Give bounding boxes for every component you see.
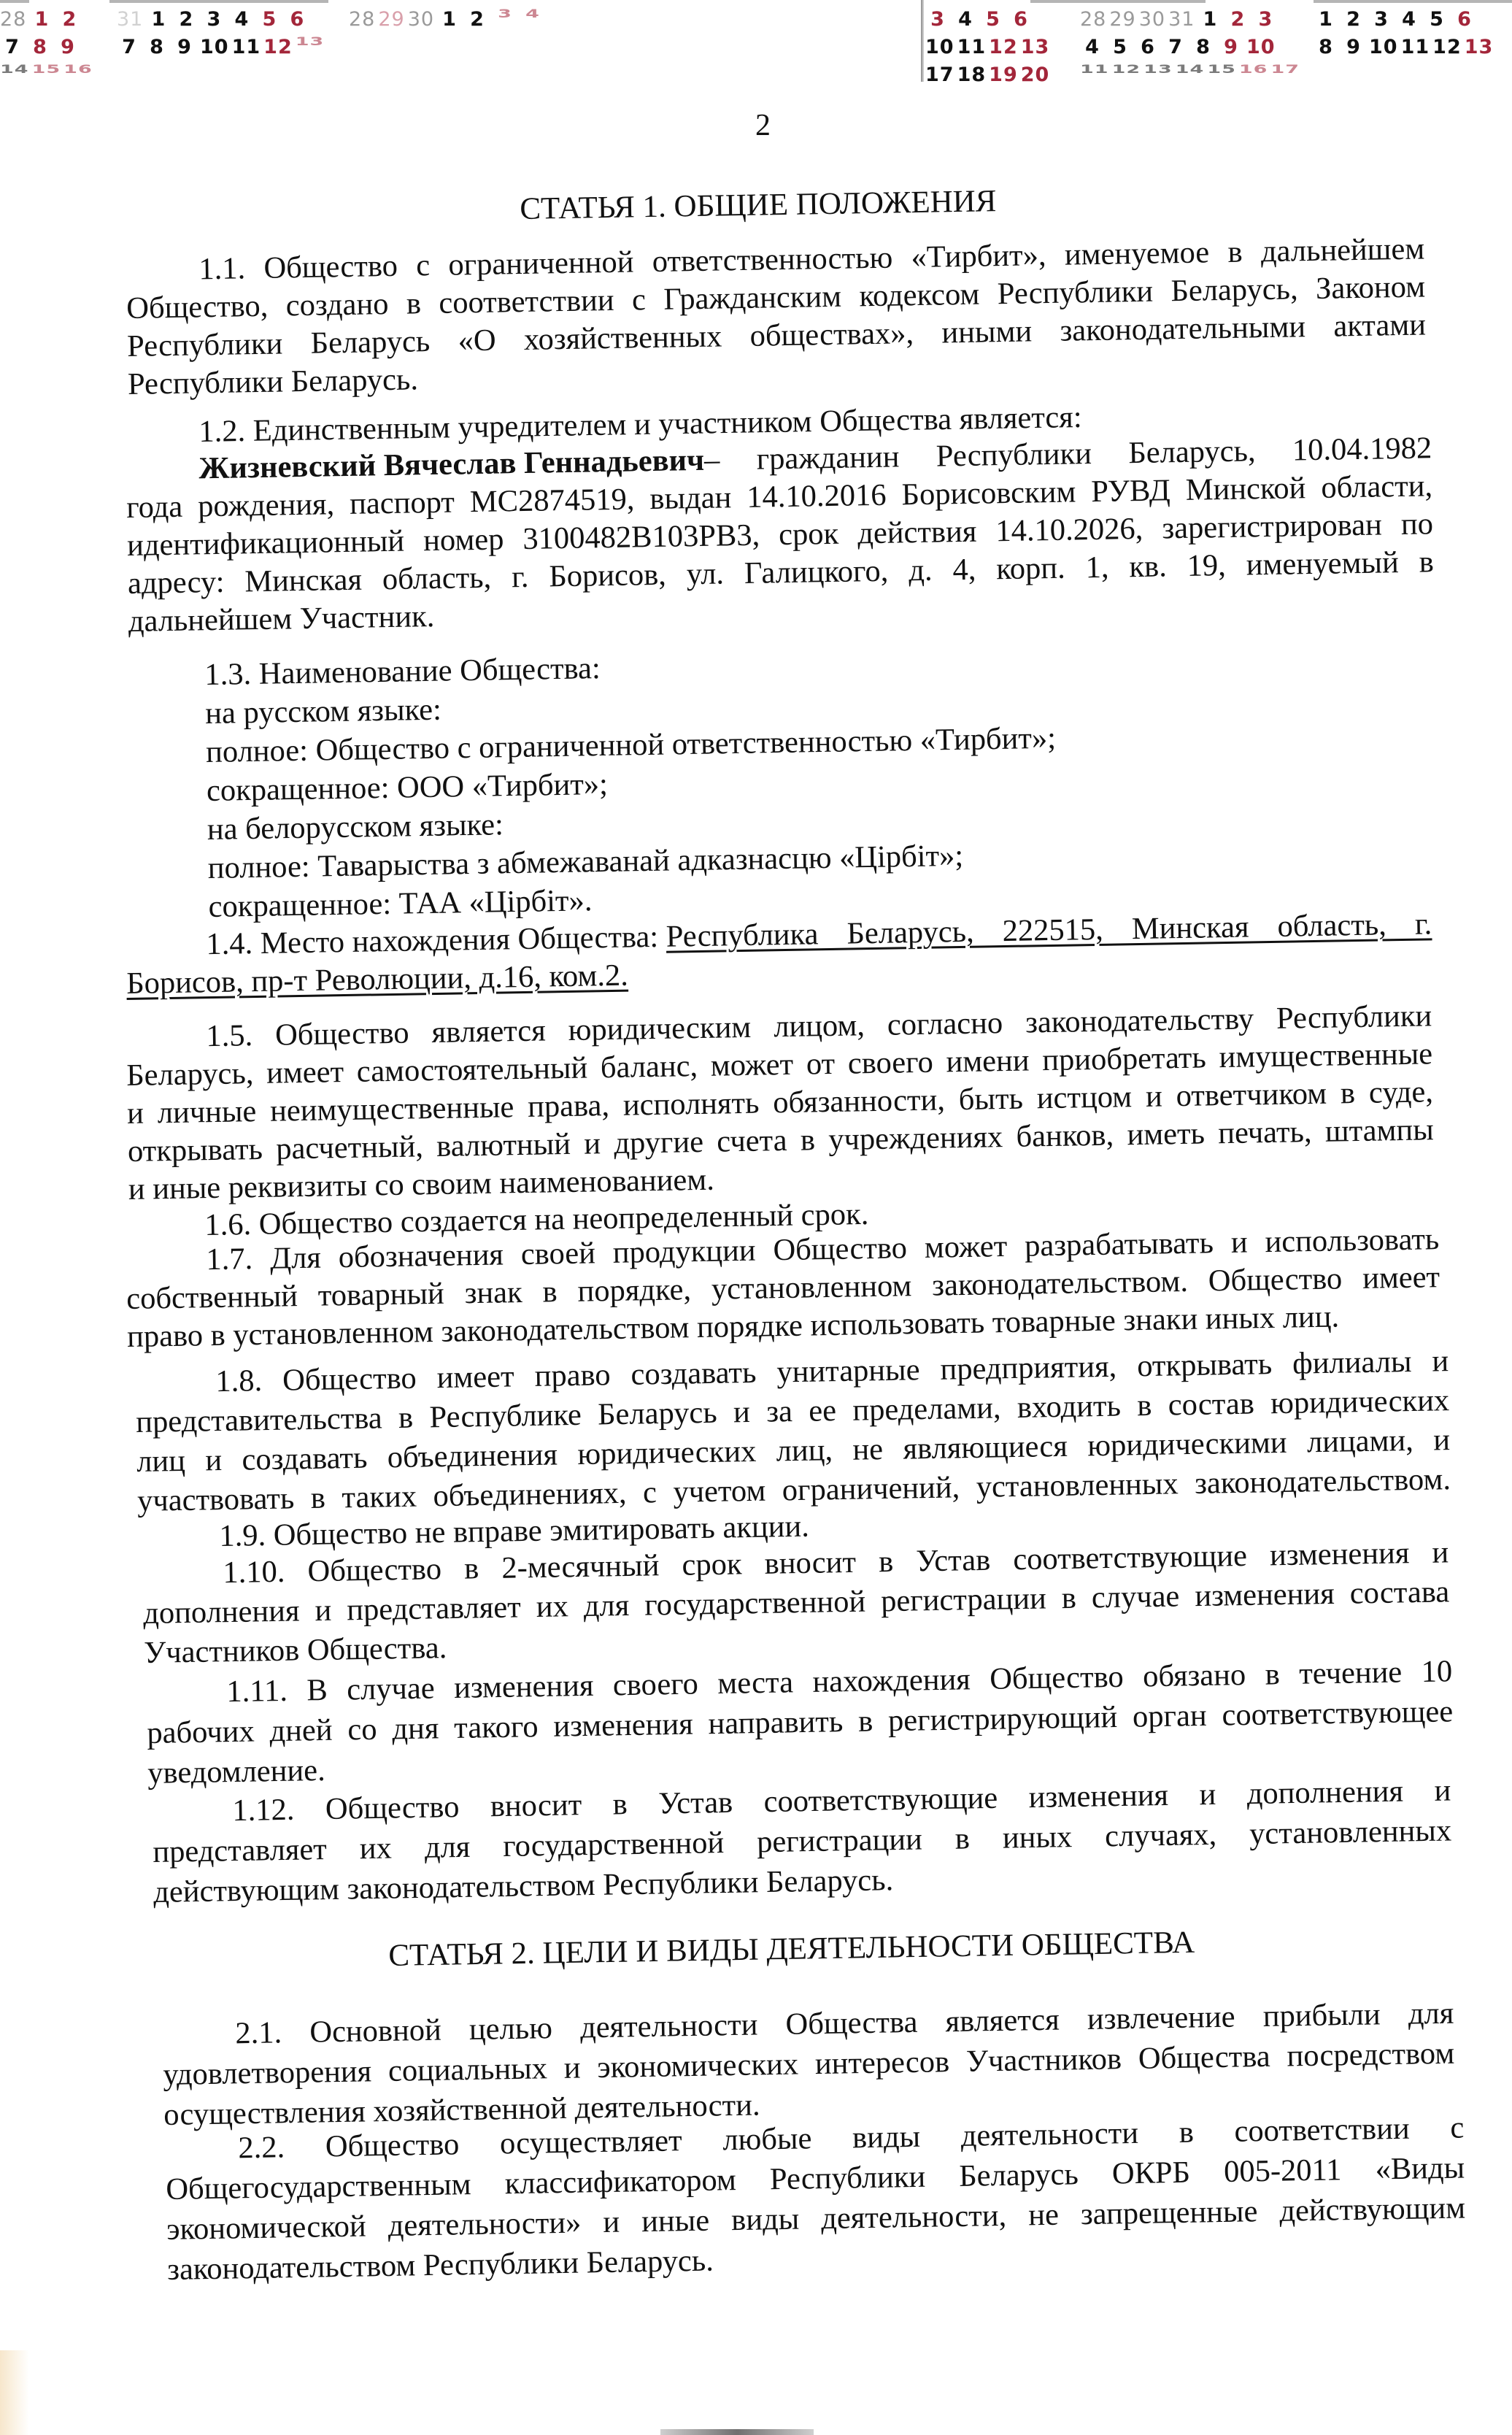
paragraph-1-2-founder: Жизневский Вячеслав Геннадьевич – гражда…	[126, 429, 1435, 641]
paper-stain	[0, 2350, 29, 2435]
paragraph-1-5: 1.5. Общество является юридическим лицом…	[126, 997, 1435, 1209]
paragraph-1-12: 1.12. Общество вносит в Устав соответств…	[152, 1770, 1452, 1912]
paragraph-1-11: 1.11. В случае изменения своего места на…	[146, 1651, 1454, 1793]
scan-edge-mark	[660, 2429, 814, 2435]
paragraph-1-7: 1.7. Для обозначения своей продукции Общ…	[126, 1220, 1440, 1356]
paragraph-1-8: 1.8. Общество имеет право создавать унит…	[135, 1342, 1451, 1521]
paragraph-1-3: 1.3. Наименование Общества: на русском я…	[204, 637, 1303, 926]
address-line-2: Борисов, пр-т Революции, д.16, ком.2.	[126, 958, 628, 1001]
page-number: 2	[755, 108, 771, 143]
document-page: 2 СТАТЬЯ 1. ОБЩИЕ ПОЛОЖЕНИЯ 1.1. Обществ…	[0, 0, 1512, 2435]
paragraph-1-10: 1.10. Общество в 2-месячный срок вносит …	[142, 1533, 1450, 1673]
article-1-heading: СТАТЬЯ 1. ОБЩИЕ ПОЛОЖЕНИЯ	[520, 183, 997, 227]
article-2-heading: СТАТЬЯ 2. ЦЕЛИ И ВИДЫ ДЕЯТЕЛЬНОСТИ ОБЩЕС…	[388, 1925, 1195, 1974]
paragraph-2-2: 2.2. Общество осуществляет любые виды де…	[165, 2107, 1466, 2289]
paragraph-1-1: 1.1. Общество с ограниченной ответственн…	[126, 230, 1427, 403]
